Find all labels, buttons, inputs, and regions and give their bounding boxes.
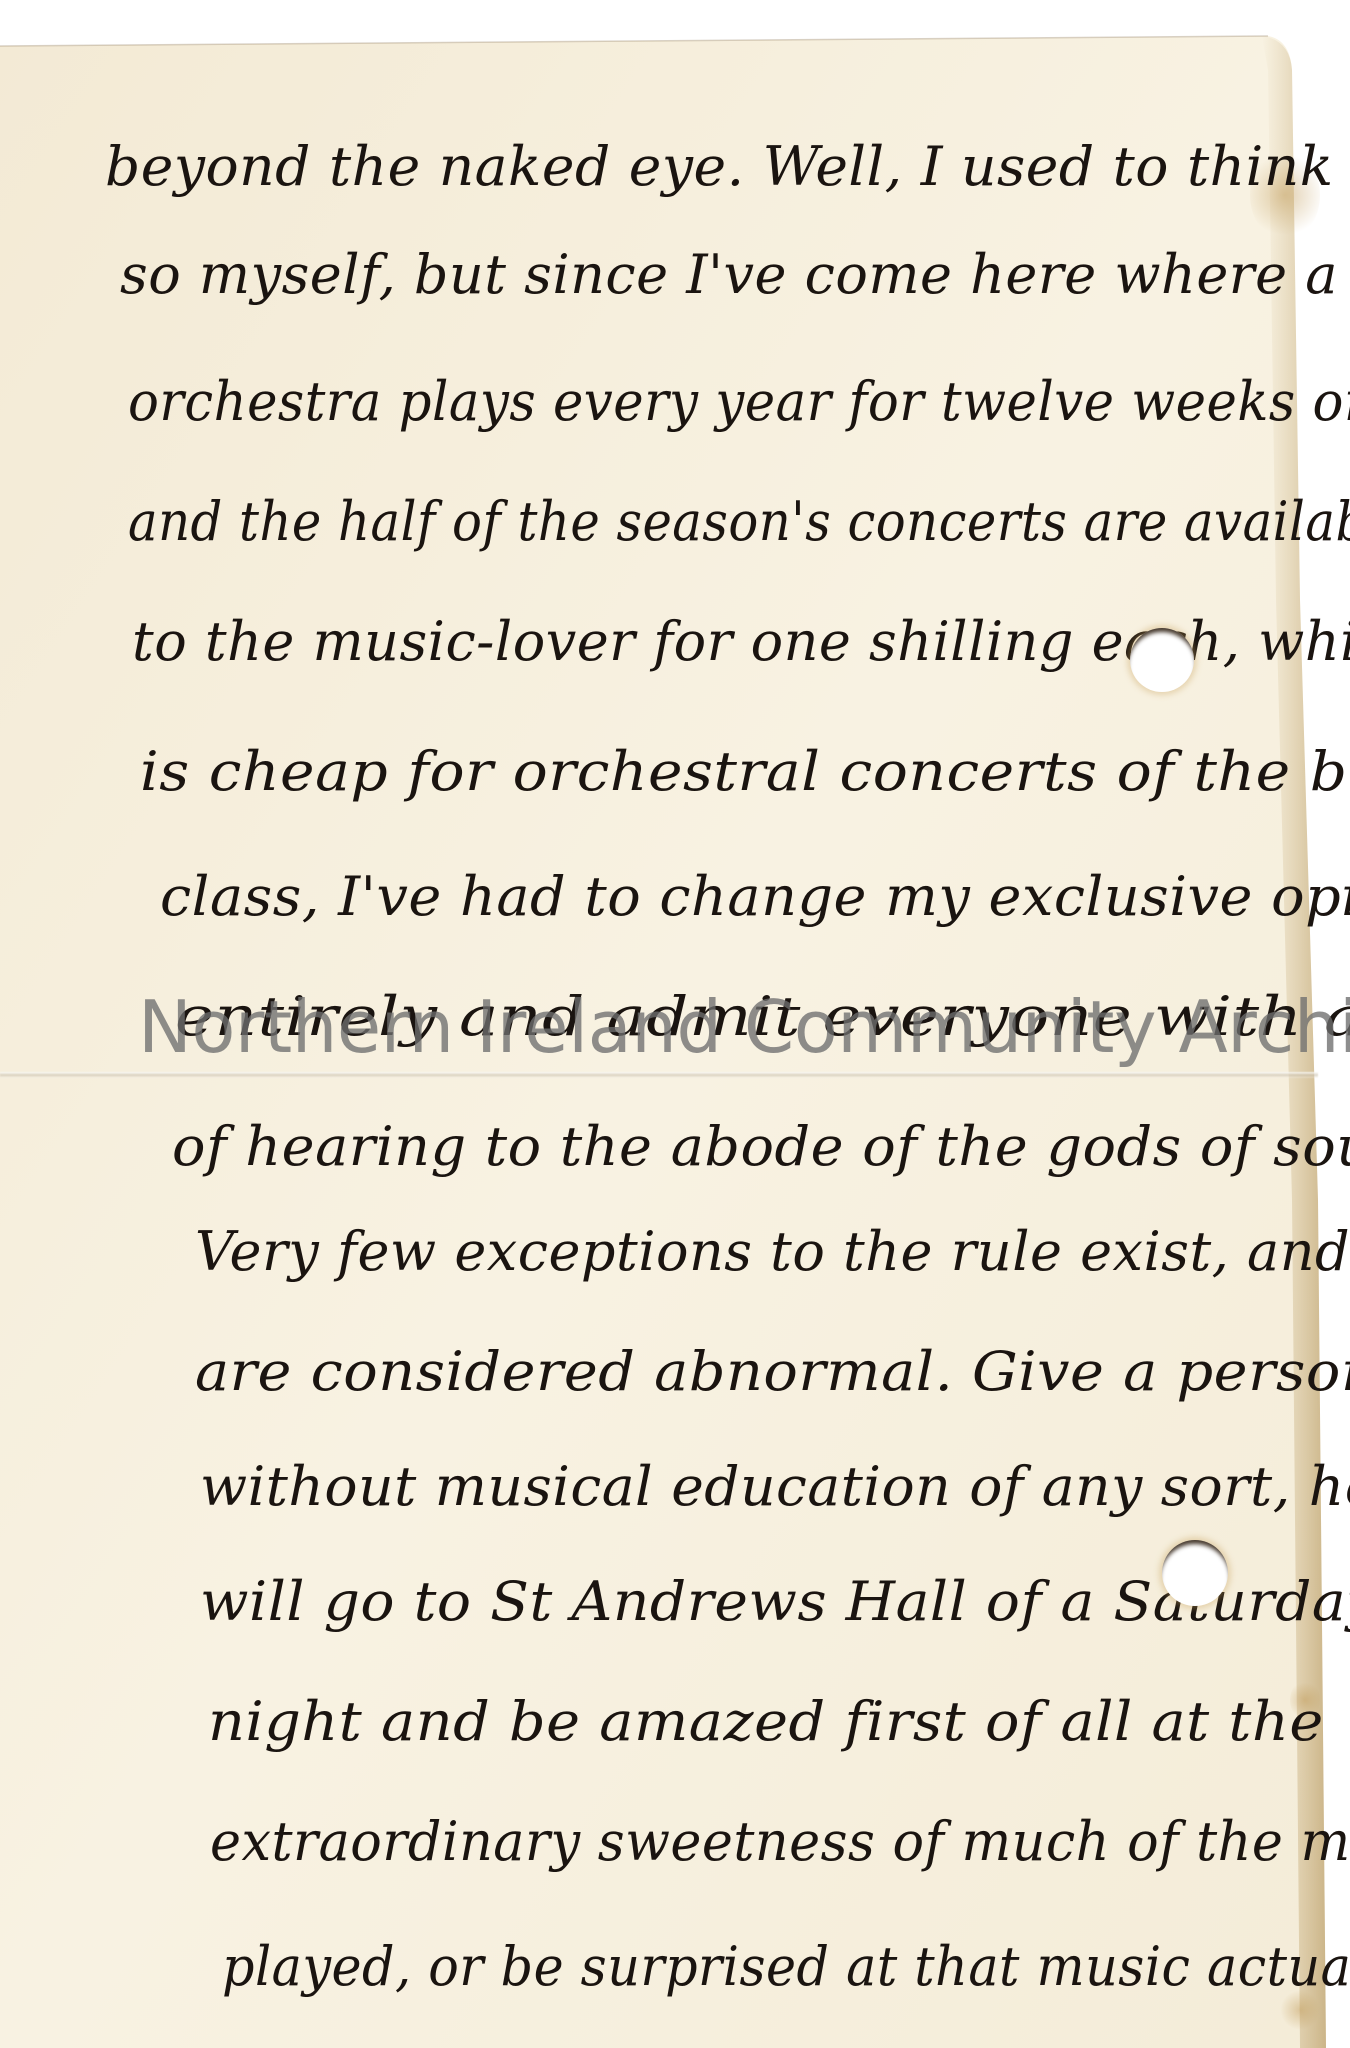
handwritten-line: orchestra plays every year for twelve we… xyxy=(128,375,1350,429)
paper-fold-crease xyxy=(0,1072,1318,1078)
handwritten-line: extraordinary sweetness of much of the m… xyxy=(210,1815,1350,1869)
handwritten-line: so myself, but since I've come here wher… xyxy=(120,248,1350,302)
handwritten-line: Very few exceptions to the rule exist, a… xyxy=(195,1225,1350,1279)
punch-hole xyxy=(1162,1540,1228,1606)
handwritten-line: night and be amazed first of all at the xyxy=(208,1695,1324,1749)
handwritten-line: and the half of the season's concerts ar… xyxy=(128,495,1350,549)
handwritten-line: without musical education of any sort, h… xyxy=(200,1460,1350,1514)
letter-page: beyond the naked eye. Well, I used to th… xyxy=(0,0,1350,2048)
handwritten-line: of hearing to the abode of the gods of s… xyxy=(172,1120,1350,1174)
handwritten-line: is cheap for orchestral concerts of the … xyxy=(140,745,1350,799)
archive-watermark: Northern Ireland Community Archive xyxy=(138,985,1350,1069)
handwritten-line: are considered abnormal. Give a person xyxy=(195,1345,1350,1399)
handwritten-line: played, or be surprised at that music ac… xyxy=(222,1940,1350,1994)
handwritten-line: beyond the naked eye. Well, I used to th… xyxy=(105,140,1334,194)
punch-hole xyxy=(1130,628,1194,692)
handwritten-line: class, I've had to change my exclusive o… xyxy=(160,870,1350,924)
